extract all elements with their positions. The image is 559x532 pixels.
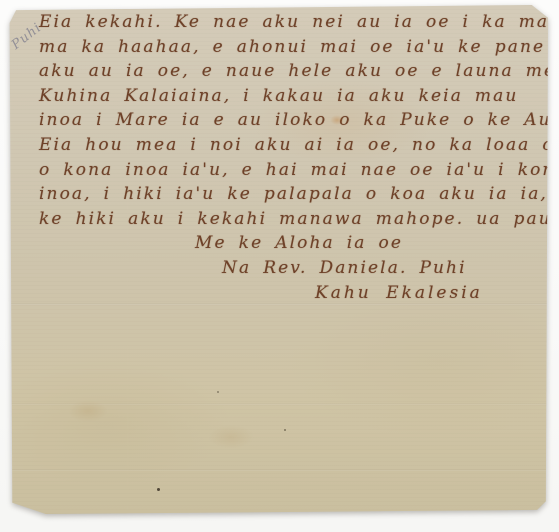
fold-crease xyxy=(8,469,548,471)
letter-signature-line: Na Rev. Daniela. Puhi xyxy=(8,256,548,281)
letter-line: Eia kekahi. Ke nae aku nei au ia oe i ka… xyxy=(8,10,548,35)
fold-crease xyxy=(8,403,548,405)
paper-stain xyxy=(208,425,254,449)
letter-line: Eia hou mea i noi aku ai ia oe, no ka lo… xyxy=(8,133,548,158)
letter-line: inoa, i hiki ia'u ke palapala o koa aku … xyxy=(8,182,548,207)
paper-stain xyxy=(68,400,108,422)
ink-speck xyxy=(157,488,160,491)
scan-background: Puhi Eia kekahi. Ke nae aku nei au ia oe… xyxy=(0,0,559,532)
ink-speck xyxy=(284,429,286,431)
letter-line: ke hiki aku i kekahi manawa mahope. ua p… xyxy=(8,207,548,232)
letter-line: o kona inoa ia'u, e hai mai nae oe ia'u … xyxy=(8,158,548,183)
manuscript-paper-wrapper: Puhi Eia kekahi. Ke nae aku nei au ia oe… xyxy=(8,5,548,514)
ink-speck xyxy=(217,391,219,393)
letter-closing-line: Me ke Aloha ia oe xyxy=(8,231,548,256)
letter-signature-title: Kahu Ekalesia xyxy=(8,281,548,306)
manuscript-page: Puhi Eia kekahi. Ke nae aku nei au ia oe… xyxy=(8,5,548,514)
letter-line: inoa i Mare ia e au iloko o ka Puke o ke… xyxy=(8,108,548,133)
letter-text: Eia kekahi. Ke nae aku nei au ia oe i ka… xyxy=(8,10,548,305)
letter-line: Kuhina Kalaiaina, i kakau ia aku keia ma… xyxy=(8,84,548,109)
letter-line: ma ka haahaa, e ahonui mai oe ia'u ke pa… xyxy=(8,35,548,60)
letter-line: aku au ia oe, e naue hele aku oe e launa… xyxy=(8,59,548,84)
